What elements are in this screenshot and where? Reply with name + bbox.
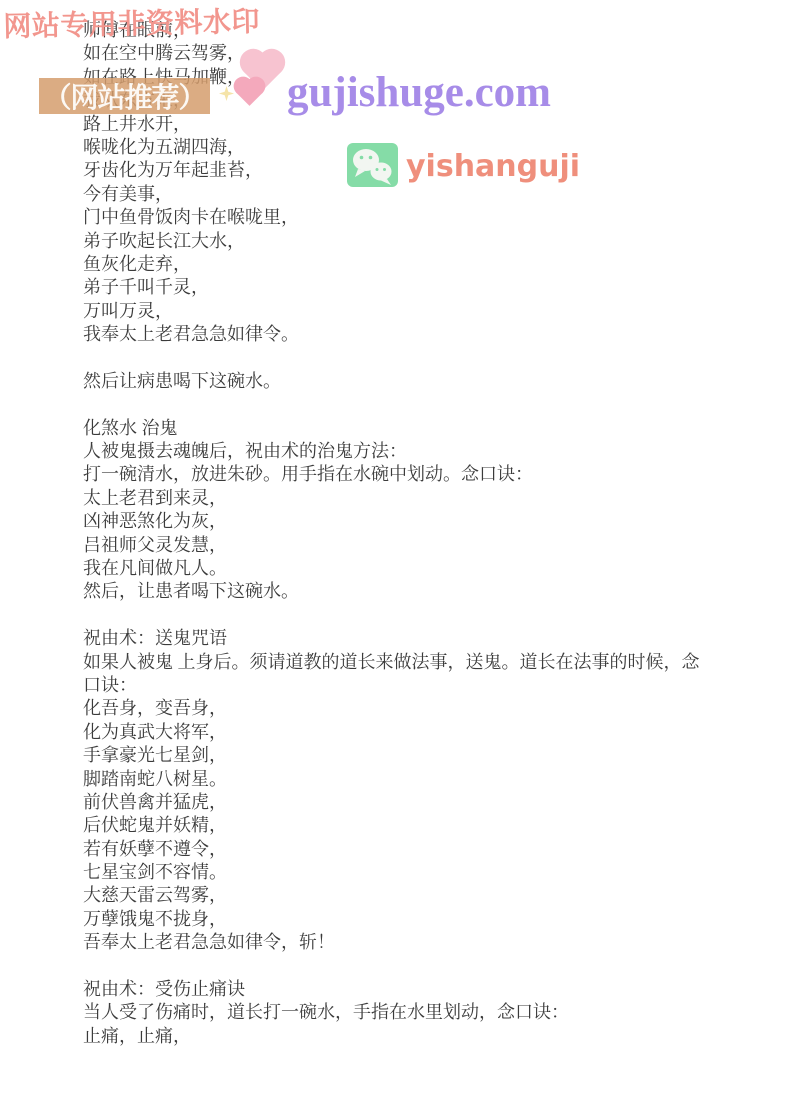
text-line: 手拿豪光七星剑， bbox=[83, 744, 773, 767]
text-line: 后伏蛇鬼并妖精， bbox=[83, 814, 773, 837]
text-line: 然后让病患喝下这碗水。 bbox=[83, 370, 773, 393]
document-page: 师傅在眼前，如在空中腾云驾雾，如在路上快马加鞭，我从东方来，路上井水开，喉咙化为… bbox=[0, 0, 793, 1120]
text-line: 化为真武大将军， bbox=[83, 721, 773, 744]
text-line bbox=[83, 393, 773, 416]
text-line: 万叫万灵， bbox=[83, 300, 773, 323]
text-line: 打一碗清水，放进朱砂。用手指在水碗中划动。念口诀： bbox=[83, 463, 773, 486]
text-line: 祝由术：受伤止痛诀 bbox=[83, 978, 773, 1001]
text-line: 弟子吹起长江大水， bbox=[83, 230, 773, 253]
text-line: 鱼灰化走弃， bbox=[83, 253, 773, 276]
text-line: 当人受了伤痛时，道长打一碗水，手指在水里划动，念口诀： bbox=[83, 1001, 773, 1024]
text-line: 如果人被鬼 上身后。须请道教的道长来做法事，送鬼。道长在法事的时候，念 bbox=[83, 651, 773, 674]
text-line: 大慈天雷云驾雾， bbox=[83, 884, 773, 907]
text-line: 脚踏南蛇八树星。 bbox=[83, 768, 773, 791]
watermark-recommend-badge-label: （网站推荐） bbox=[43, 76, 205, 116]
text-line: 化吾身，变吾身， bbox=[83, 697, 773, 720]
watermark-site-url: gujishuge.com bbox=[287, 68, 551, 117]
text-line: 弟子千叫千灵， bbox=[83, 276, 773, 299]
watermark-recommend-badge: （网站推荐） bbox=[39, 78, 210, 114]
wechat-icon bbox=[347, 143, 398, 187]
sparkle-icon bbox=[219, 86, 234, 101]
text-line: 人被鬼摄去魂魄后，祝由术的治鬼方法： bbox=[83, 440, 773, 463]
text-line: 然后，让患者喝下这碗水。 bbox=[83, 580, 773, 603]
text-line bbox=[83, 955, 773, 978]
text-line: 吾奉太上老君急急如律令，斩！ bbox=[83, 931, 773, 954]
text-line: 祝由术：送鬼咒语 bbox=[83, 627, 773, 650]
text-line: 门中鱼骨饭肉卡在喉咙里， bbox=[83, 206, 773, 229]
text-line bbox=[83, 604, 773, 627]
heart-icon bbox=[236, 79, 263, 106]
watermark-wechat-id: yishanguji bbox=[406, 149, 580, 184]
text-line: 前伏兽禽并猛虎， bbox=[83, 791, 773, 814]
text-line: 太上老君到来灵， bbox=[83, 487, 773, 510]
text-line: 化煞水 治鬼 bbox=[83, 417, 773, 440]
text-line: 万孽饿鬼不拢身， bbox=[83, 908, 773, 931]
text-line: 凶神恶煞化为灰， bbox=[83, 510, 773, 533]
text-line: 今有美事， bbox=[83, 183, 773, 206]
text-line: 口诀： bbox=[83, 674, 773, 697]
text-line: 吕祖师父灵发慧， bbox=[83, 534, 773, 557]
text-line bbox=[83, 346, 773, 369]
text-line: 止痛，止痛， bbox=[83, 1025, 773, 1048]
text-line: 如在空中腾云驾雾， bbox=[83, 42, 773, 65]
text-line: 七星宝剑不容情。 bbox=[83, 861, 773, 884]
text-line: 若有妖孽不遵令， bbox=[83, 838, 773, 861]
watermark-site-notice: 网站专用非资料水印 bbox=[3, 0, 260, 45]
text-line: 我奉太上老君急急如律令。 bbox=[83, 323, 773, 346]
text-line: 我在凡间做凡人。 bbox=[83, 557, 773, 580]
